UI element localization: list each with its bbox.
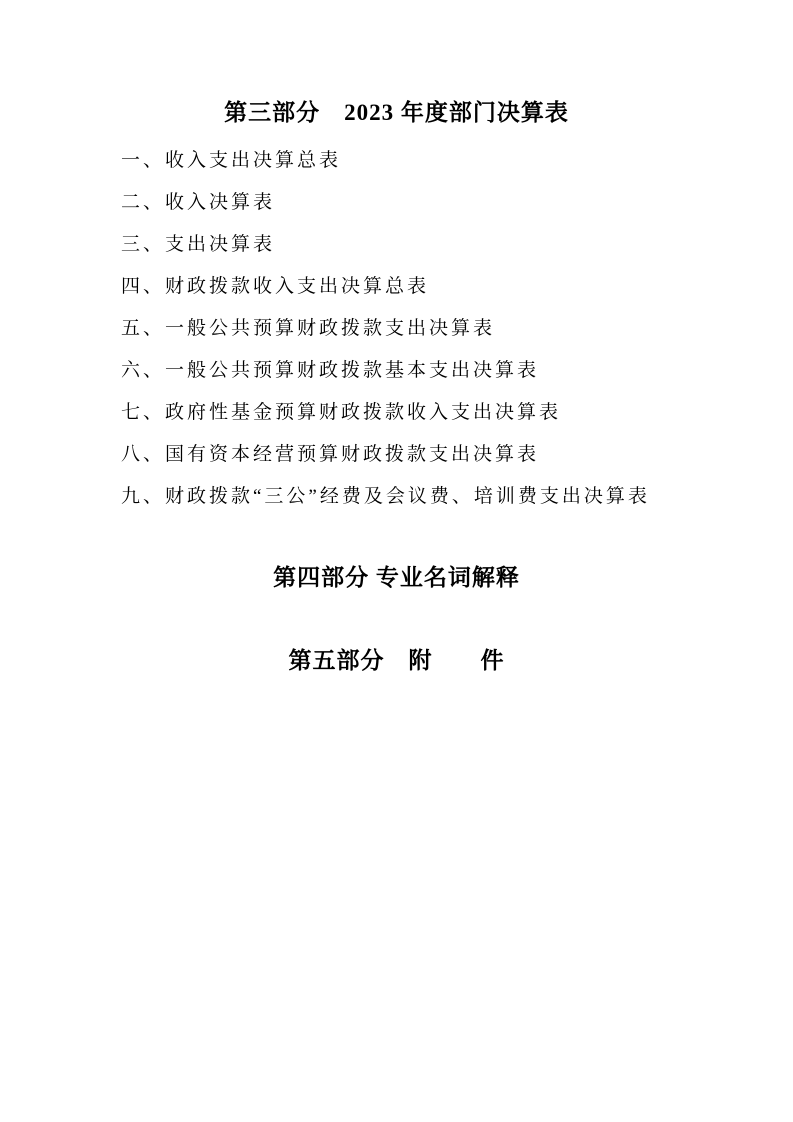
section5-title: 第五部分 附 件 — [0, 648, 793, 674]
toc-item: 二、收入决算表 — [121, 182, 733, 224]
section4-title: 第四部分 专业名词解释 — [0, 565, 793, 591]
toc-item: 四、财政拨款收入支出决算总表 — [121, 266, 733, 308]
section3-title: 第三部分 2023 年度部门决算表 — [0, 100, 793, 126]
toc-item: 三、支出决算表 — [121, 224, 733, 266]
toc-item: 一、收入支出决算总表 — [121, 140, 733, 182]
toc-item: 八、国有资本经营预算财政拨款支出决算表 — [121, 434, 733, 476]
toc-item: 七、政府性基金预算财政拨款收入支出决算表 — [121, 392, 733, 434]
toc-item: 六、一般公共预算财政拨款基本支出决算表 — [121, 350, 733, 392]
section3-toc-list: 一、收入支出决算总表 二、收入决算表 三、支出决算表 四、财政拨款收入支出决算总… — [121, 140, 733, 518]
toc-item: 五、一般公共预算财政拨款支出决算表 — [121, 308, 733, 350]
document-page: 第三部分 2023 年度部门决算表 一、收入支出决算总表 二、收入决算表 三、支… — [0, 0, 793, 1122]
toc-item: 九、财政拨款“三公”经费及会议费、培训费支出决算表 — [121, 476, 733, 518]
